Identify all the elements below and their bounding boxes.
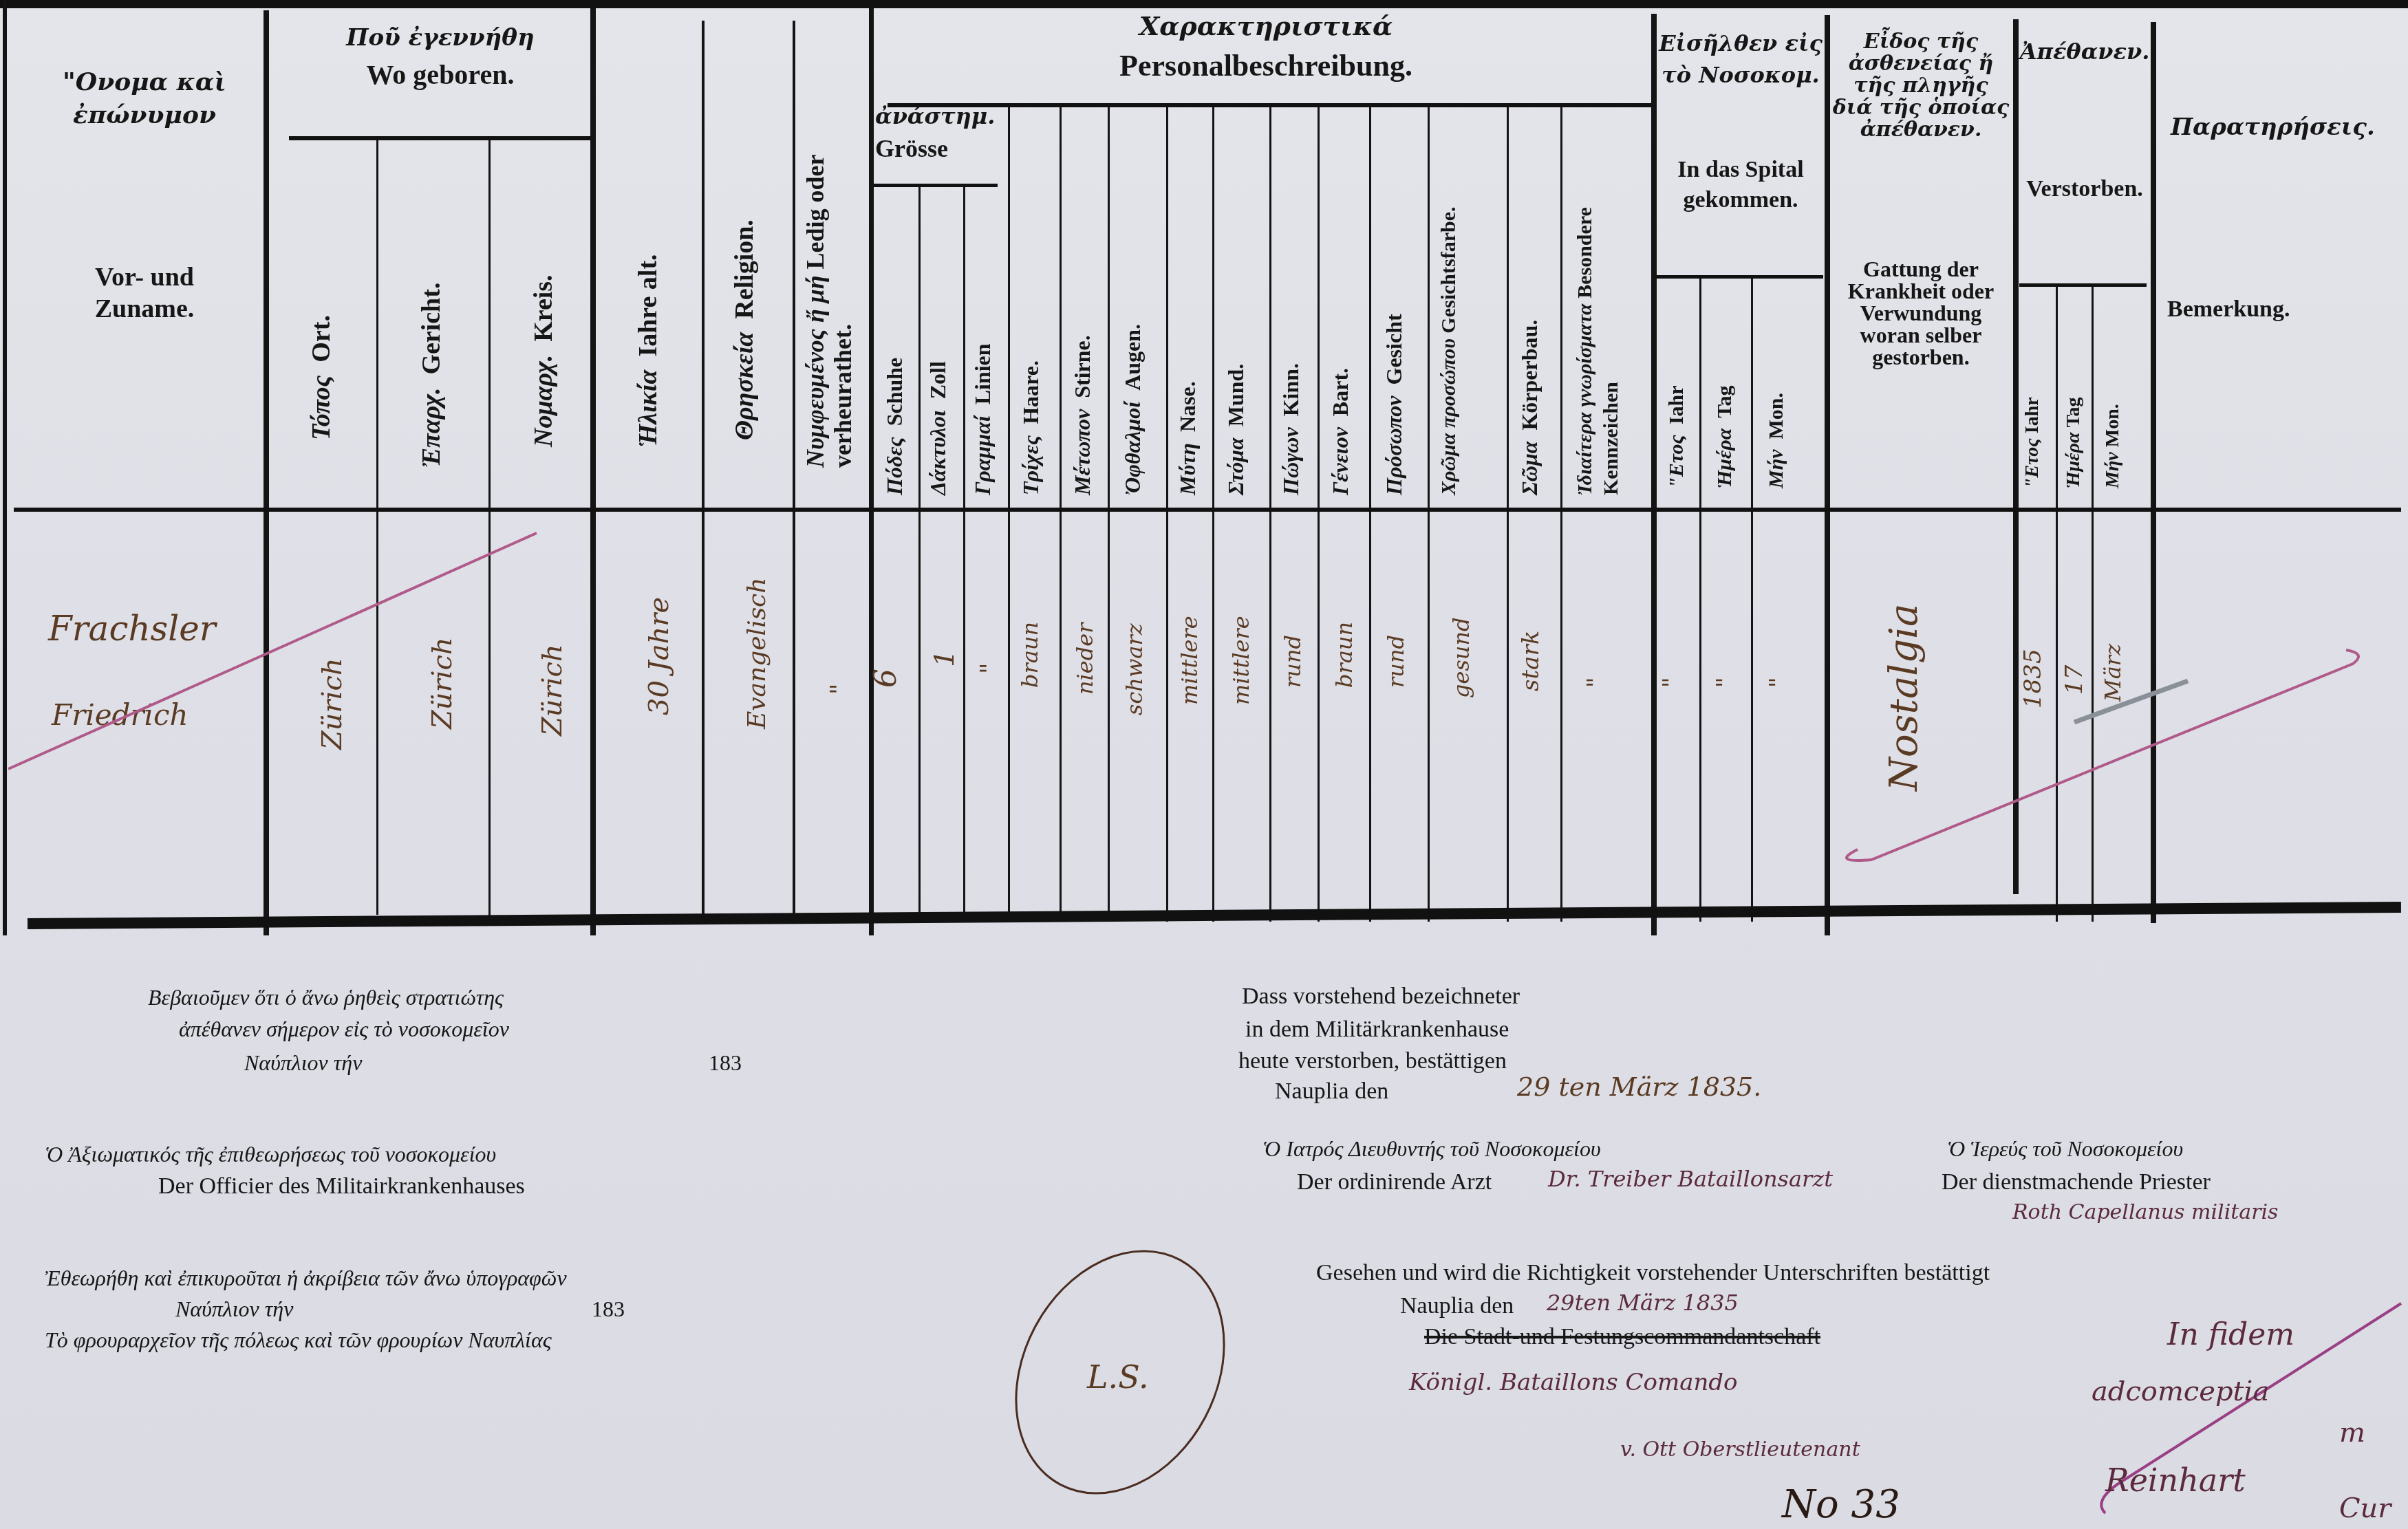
- commander-signature: v. Ott Oberstlieutenant: [1620, 1438, 1860, 1462]
- doctor-greek: Ὁ Ιατρός Διευθυντής τοῦ Νοσοκομείου: [1262, 1136, 1601, 1162]
- german-verify-struck: Die Stadt-und Festungscommandantschaft: [1424, 1324, 1820, 1350]
- doctor-german: Der ordinirende Arzt: [1297, 1169, 1492, 1195]
- german-cert-line-4: Nauplia den: [1275, 1078, 1388, 1105]
- german-verify-line-1: Gesehen und wird die Richtigkeit vorsteh…: [1316, 1260, 1990, 1286]
- german-cert-line-2: in dem Militärkrankenhause: [1245, 1017, 1509, 1043]
- priest-signature: Roth Capellanus militaris: [2012, 1200, 2279, 1224]
- margin-note-3: m: [2339, 1417, 2365, 1449]
- german-cert-date-hand: 29 ten März 1835.: [1517, 1072, 1761, 1102]
- death-certificate-page: "Ονομα καὶ ἐπώνυμον Vor- und Zuname. Ποῦ…: [0, 0, 2408, 1529]
- margin-note-4: Reinhart: [2105, 1462, 2246, 1499]
- battalion-command-hand: Königl. Bataillons Comando: [1409, 1369, 1738, 1396]
- greek-cert-line-3-place: Ναύπλιον τήν: [244, 1050, 362, 1076]
- pen-strokes: [0, 0, 2408, 1529]
- greek-cert-line-1: Βεβαιοῦμεν ὅτι ὁ ἄνω ῥηθεὶς στρατιώτης: [148, 985, 504, 1010]
- greek-cert-line-2: ἀπέθανεν σήμερον εἰς τὸ νοσοκομεῖον: [179, 1017, 509, 1042]
- german-cert-line-1: Dass vorstehend bezeichneter: [1242, 984, 1520, 1010]
- register-number: No 33: [1782, 1482, 1900, 1527]
- margin-note-2: adcomceptia: [2092, 1376, 2269, 1407]
- officer-german: Der Officier des Militairkrankenhauses: [158, 1173, 525, 1200]
- greek-verify-line-1: Ἐθεωρήθη καὶ ἐπικυροῦται ἡ ἀκρίβεια τῶν …: [45, 1266, 567, 1291]
- priest-greek: Ὁ Ἱερεύς τοῦ Νοσοκομείου: [1947, 1136, 2183, 1162]
- margin-note-1: In fidem: [2167, 1317, 2294, 1352]
- greek-verify-line-2-place: Ναύπλιον τήν: [175, 1297, 293, 1322]
- priest-german: Der dienstmachende Priester: [1942, 1169, 2211, 1195]
- german-verify-date-hand: 29ten März 1835: [1547, 1290, 1739, 1316]
- seal-ls: L.S.: [1087, 1358, 1149, 1396]
- german-verify-line-2: Nauplia den: [1400, 1293, 1514, 1319]
- doctor-signature: Dr. Treiber Bataillonsarzt: [1548, 1166, 1833, 1192]
- greek-cert-line-3-year: 183: [709, 1050, 742, 1076]
- greek-verify-line-2-year: 183: [592, 1297, 625, 1322]
- officer-greek: Ὁ Ἀξιωματικός τῆς ἐπιθεωρήσεως τοῦ νοσοκ…: [45, 1142, 496, 1167]
- margin-note-5: Cur: [2339, 1493, 2391, 1524]
- german-cert-line-3: heute verstorben, bestättigen: [1238, 1048, 1507, 1074]
- greek-verify-line-3: Τὸ φρουραρχεῖον τῆς πόλεως καὶ τῶν φρουρ…: [45, 1327, 552, 1353]
